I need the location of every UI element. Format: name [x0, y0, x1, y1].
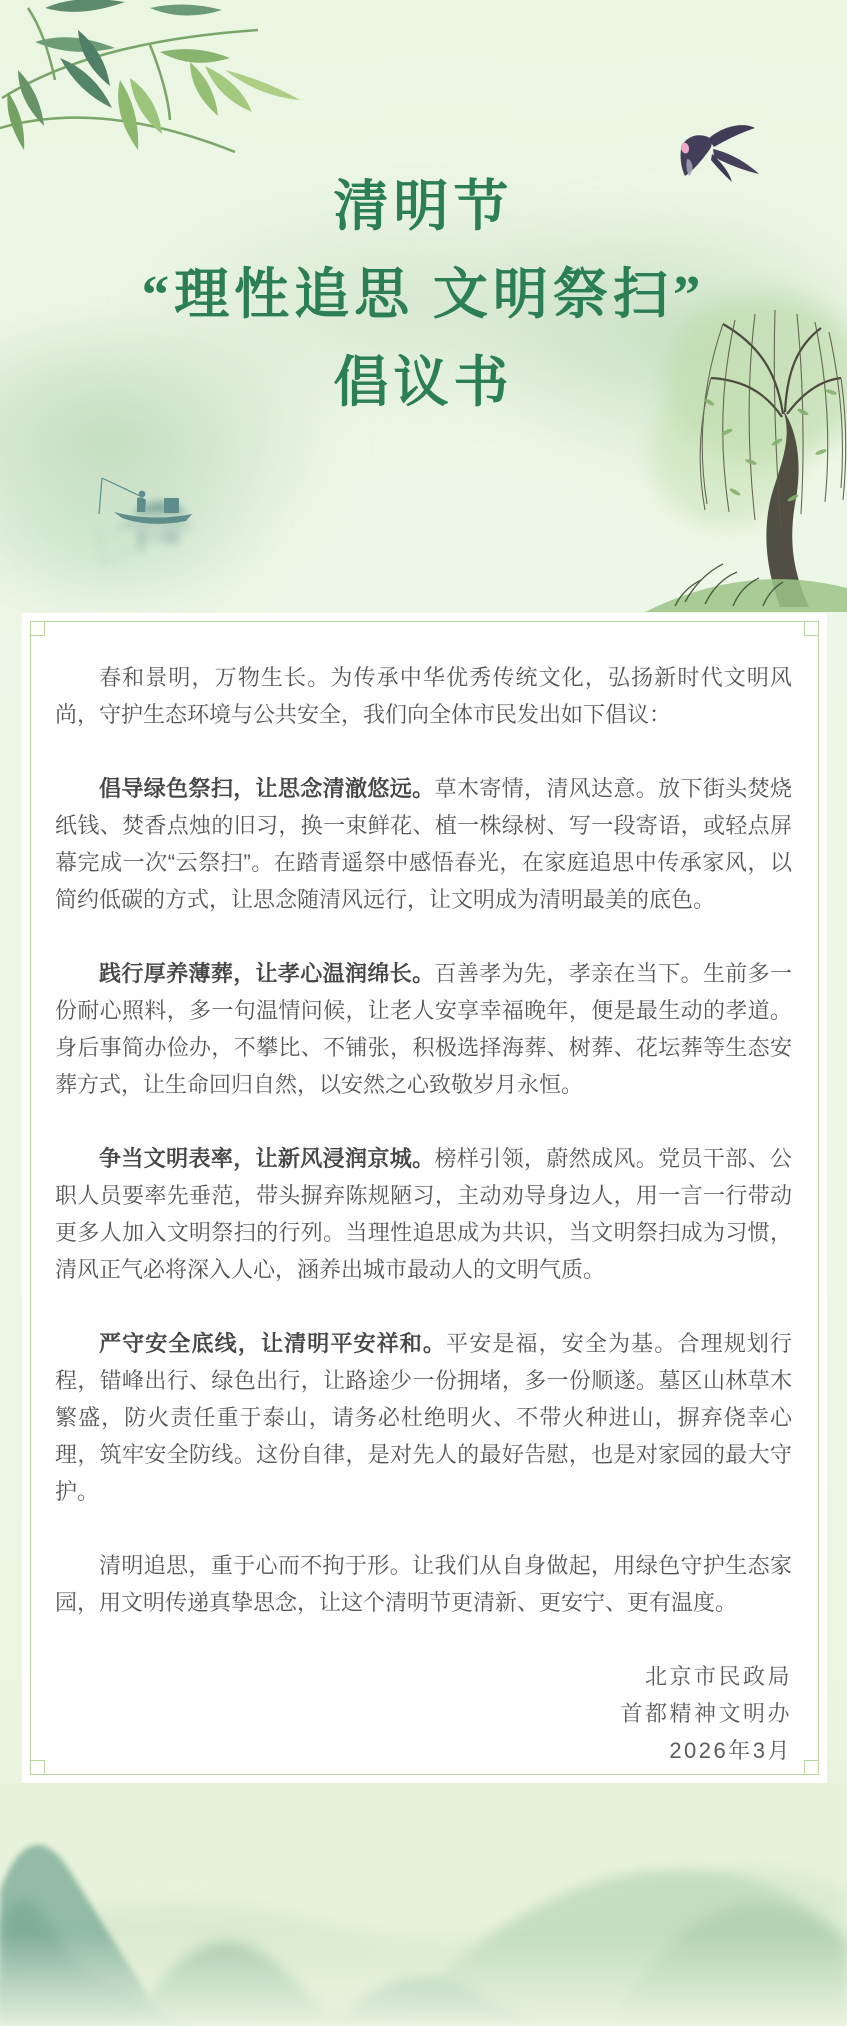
paragraph-filial-piety: 践行厚养薄葬，让孝心温润绵长。百善孝为先，孝亲在当下。生前多一份耐心照料，多一句… [55, 955, 792, 1103]
mountain-wash-art [0, 455, 280, 625]
signature-date: 2026年3月 [55, 1732, 792, 1769]
signature-org-2: 首都精神文明办 [55, 1695, 792, 1732]
paragraph-lead: 争当文明表率，让新风浸润京城。 [99, 1146, 435, 1171]
paragraph-lead: 严守安全底线，让清明平安祥和。 [99, 1331, 446, 1356]
corner-ornament [30, 1760, 45, 1775]
signature-block: 北京市民政局 首都精神文明办 2026年3月 [55, 1658, 792, 1769]
signature-org-1: 北京市民政局 [55, 1658, 792, 1695]
paragraph-lead: 倡导绿色祭扫，让思念清澈悠远。 [99, 776, 435, 801]
paragraph-lead: 践行厚养薄葬，让孝心温润绵长。 [99, 961, 435, 986]
proposal-card: 春和景明，万物生长。为传承中华优秀传统文化，弘扬新时代文明风尚，守护生态环境与公… [22, 613, 827, 1783]
title-line-3: 倡议书 [0, 339, 847, 427]
paragraph-civility-model: 争当文明表率，让新风浸润京城。榜样引领，蔚然成风。党员干部、公职人员要率先垂范，… [55, 1140, 792, 1288]
paragraph-text: 平安是福，安全为基。合理规划行程，错峰出行、绿色出行，让路途少一份拥堵，多一份顺… [55, 1331, 792, 1504]
title-line-1: 清明节 [0, 163, 847, 251]
corner-ornament [804, 1760, 819, 1775]
paragraph-green-offering: 倡导绿色祭扫，让思念清澈悠远。草木寄情，清风达意。放下街头焚烧纸钱、焚香点烛的旧… [55, 770, 792, 918]
fisherman-boat-icon [92, 458, 247, 573]
corner-ornament [804, 621, 819, 636]
closing-paragraph: 清明追思，重于心而不拘于形。让我们从自身做起，用绿色守护生态家园，用文明传递真挚… [55, 1547, 792, 1621]
proposal-body: 春和景明，万物生长。为传承中华优秀传统文化，弘扬新时代文明风尚，守护生态环境与公… [55, 659, 792, 1769]
poster-title: 清明节 “理性追思 文明祭扫” 倡议书 [0, 163, 847, 427]
title-line-2: “理性追思 文明祭扫” [0, 251, 847, 339]
qingming-proposal-poster: 清明节 “理性追思 文明祭扫” 倡议书 春和景明，万物生长。为传承中华优秀传统文… [0, 0, 847, 2026]
misty-mountains-art [0, 1783, 847, 2026]
corner-ornament [30, 621, 45, 636]
bamboo-icon [0, 0, 305, 180]
paragraph-safety: 严守安全底线，让清明平安祥和。平安是福，安全为基。合理规划行程，错峰出行、绿色出… [55, 1325, 792, 1510]
intro-paragraph: 春和景明，万物生长。为传承中华优秀传统文化，弘扬新时代文明风尚，守护生态环境与公… [55, 659, 792, 733]
